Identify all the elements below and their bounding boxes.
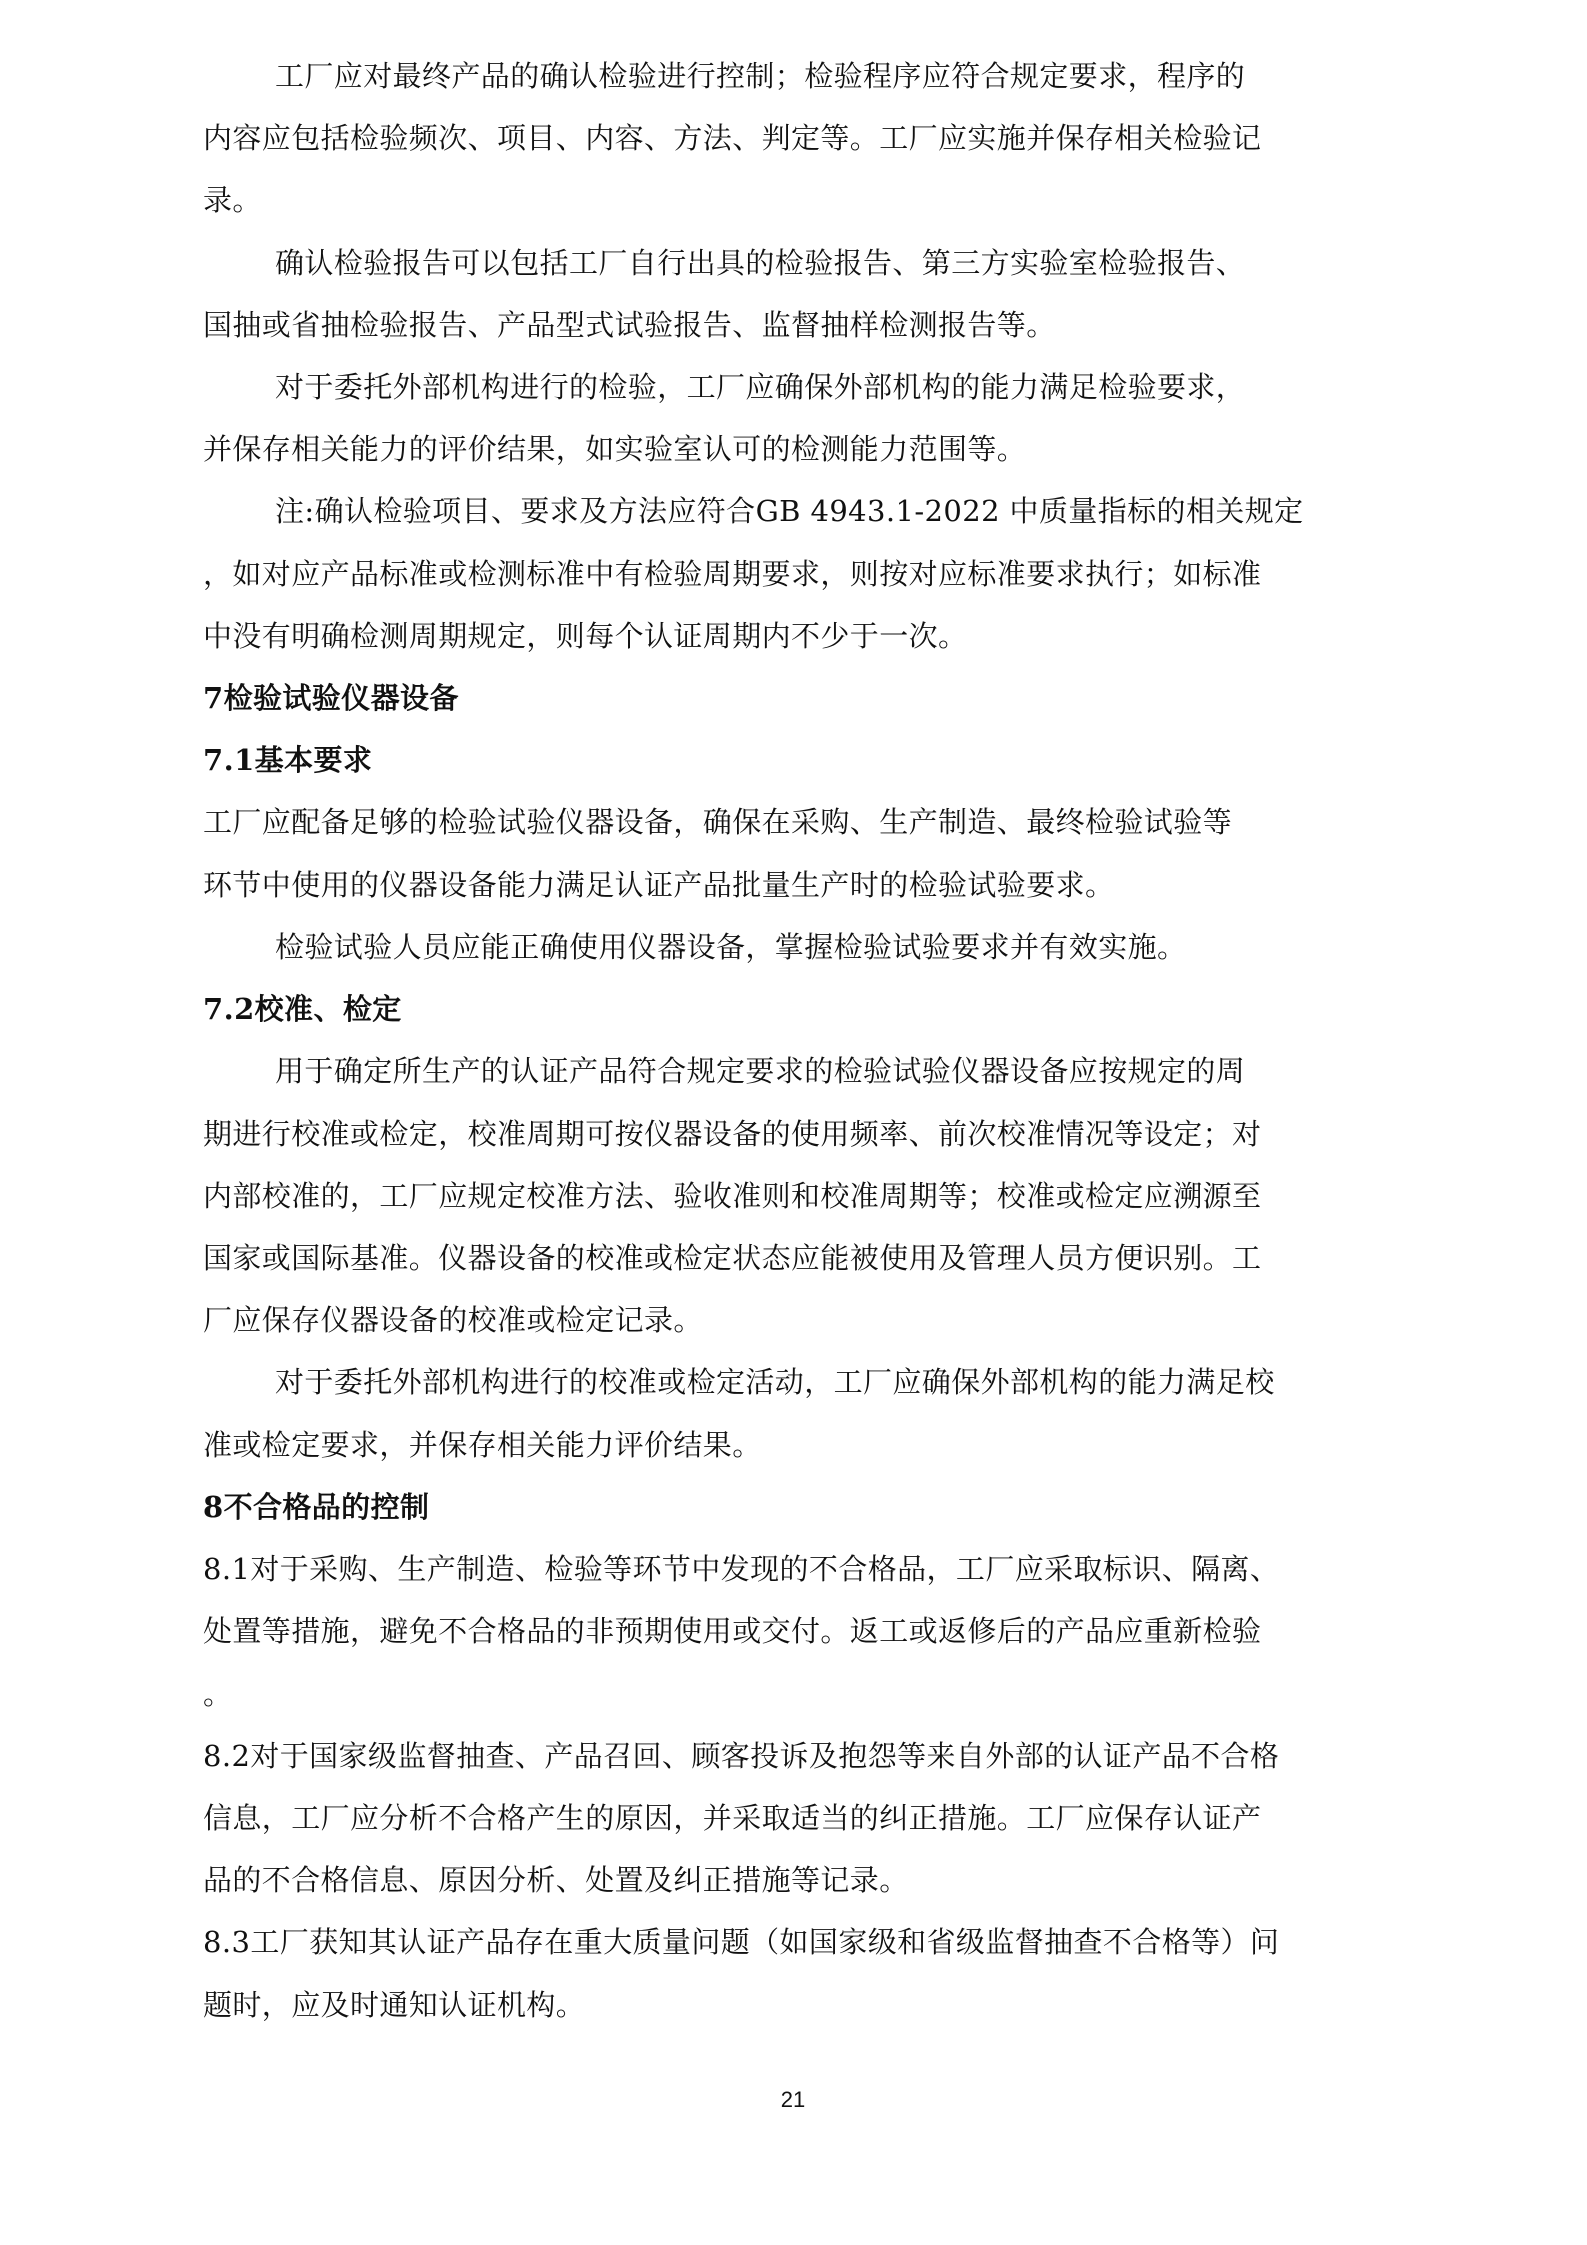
paragraph-line: 对于委托外部机构进行的检验，工厂应确保外部机构的能力满足检验要求，	[275, 369, 1245, 405]
paragraph-line: 国家或国际基准。仪器设备的校准或检定状态应能被使用及管理人员方便识别。工	[203, 1240, 1261, 1276]
page-number: 21	[770, 2086, 816, 2114]
note-line: ，如对应产品标准或检测标准中有检验周期要求，则按对应标准要求执行；如标准	[203, 556, 1261, 592]
paragraph-line: 内容应包括检验频次、项目、内容、方法、判定等。工厂应实施并保存相关检验记	[203, 120, 1261, 156]
paragraph-line: 对于委托外部机构进行的校准或检定活动，工厂应确保外部机构的能力满足校	[275, 1364, 1275, 1400]
clause-8-3-line: 8.3工厂获知其认证产品存在重大质量问题（如国家级和省级监督抽查不合格等）问	[203, 1924, 1279, 1960]
paragraph-line: 厂应保存仪器设备的校准或检定记录。	[203, 1302, 703, 1338]
paragraph-line: 用于确定所生产的认证产品符合规定要求的检验试验仪器设备应按规定的周	[275, 1053, 1245, 1089]
paragraph-line: 期进行校准或检定，校准周期可按仪器设备的使用频率、前次校准情况等设定；对	[203, 1116, 1261, 1152]
document-page: 工厂应对最终产品的确认检验进行控制；检验程序应符合规定要求，程序的 内容应包括检…	[0, 0, 1587, 2245]
paragraph-line: 录。	[203, 182, 262, 218]
paragraph-line: 环节中使用的仪器设备能力满足认证产品批量生产时的检验试验要求。	[203, 867, 1114, 903]
clause-8-2-line: 信息，工厂应分析不合格产生的原因，并采取适当的纠正措施。工厂应保存认证产	[203, 1800, 1261, 1836]
paragraph-line: 国抽或省抽检验报告、产品型式试验报告、监督抽样检测报告等。	[203, 307, 1056, 343]
paragraph-line: 并保存相关能力的评价结果，如实验室认可的检测能力范围等。	[203, 431, 1026, 467]
paragraph-line: 工厂应对最终产品的确认检验进行控制；检验程序应符合规定要求，程序的	[275, 58, 1245, 94]
paragraph-line: 检验试验人员应能正确使用仪器设备，掌握检验试验要求并有效实施。	[275, 929, 1186, 965]
section-heading-8: 8不合格品的控制	[203, 1489, 429, 1525]
note-line: 中没有明确检测周期规定，则每个认证周期内不少于一次。	[203, 618, 967, 654]
section-heading-7-1: 7.1基本要求	[203, 742, 372, 778]
paragraph-line: 确认检验报告可以包括工厂自行出具的检验报告、第三方实验室检验报告、	[275, 245, 1245, 281]
clause-8-1-line: 。	[203, 1676, 232, 1712]
clause-8-2-line: 品的不合格信息、原因分析、处置及纠正措施等记录。	[203, 1862, 909, 1898]
clause-8-3-line: 题时，应及时通知认证机构。	[203, 1987, 585, 2023]
clause-8-1-line: 处置等措施，避免不合格品的非预期使用或交付。返工或返修后的产品应重新检验	[203, 1613, 1261, 1649]
clause-8-2-line: 8.2对于国家级监督抽查、产品召回、顾客投诉及抱怨等来自外部的认证产品不合格	[203, 1738, 1279, 1774]
clause-8-1-line: 8.1对于采购、生产制造、检验等环节中发现的不合格品，工厂应采取标识、隔离、	[203, 1551, 1279, 1587]
paragraph-line: 工厂应配备足够的检验试验仪器设备，确保在采购、生产制造、最终检验试验等	[203, 804, 1232, 840]
note-line: 注:确认检验项目、要求及方法应符合GB 4943.1-2022 中质量指标的相关…	[275, 493, 1304, 529]
paragraph-line: 内部校准的，工厂应规定校准方法、验收准则和校准周期等；校准或检定应溯源至	[203, 1178, 1261, 1214]
paragraph-line: 准或检定要求，并保存相关能力评价结果。	[203, 1427, 762, 1463]
section-heading-7: 7检验试验仪器设备	[203, 680, 459, 716]
section-heading-7-2: 7.2校准、检定	[203, 991, 402, 1027]
